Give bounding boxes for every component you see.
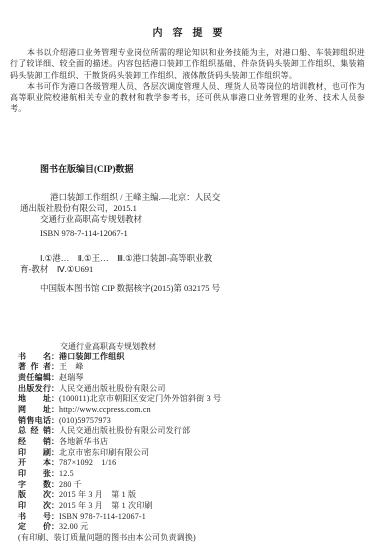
field-label: 定价 [18,522,51,533]
field-colon: ： [51,448,59,457]
field-value: 32.00 元 [59,522,88,531]
field-label: 总经销 [18,426,51,437]
cip-classification-line-2: 育-教材 Ⅳ.①U691 [20,264,315,275]
cip-entry-line-1: 港口装卸工作组织 / 王峰主编.—北京：人民交 [20,192,315,203]
field-label: 版次 [18,490,51,501]
cip-heading: 图书在版编目(CIP)数据 [20,164,315,175]
publication-row-impression: 印次：2015 年 3 月 第 1 次印刷 [18,501,365,512]
content-summary-title: 内 容 提 要 [0,27,375,40]
field-colon: ： [51,512,59,521]
publication-note: (有印刷、装订质量问题的图书由本公司负责调换) [18,533,365,544]
field-label: 字数 [18,480,51,491]
field-value: 赵瑞琴 [59,373,84,382]
publication-row-website: 网址：http://www.ccpress.com.cn [18,405,365,416]
publication-row-book-number: 书号：ISBN 978-7-114-12067-1 [18,512,365,523]
field-colon: ： [51,458,59,467]
publication-row-edition: 版次：2015 年 3 月 第 1 版 [18,490,365,501]
field-colon: ： [51,394,59,403]
publication-series-title: 交通行业高职高专规划教材 [60,341,365,352]
cip-classification: Ⅰ.①港… Ⅱ.①王… Ⅲ.①港口装卸-高等职业教 育-教材 Ⅳ.①U691 [20,253,315,275]
field-value: 人民交通出版社股份有限公司 [59,384,166,393]
publication-row-title: 书名：港口装卸工作组织 [18,352,365,363]
summary-paragraph-2: 本书可作为港口各级管理人员、各层次调度管理人员、理货人员等岗位的培训教材，也可作… [10,81,365,115]
field-value: 2015 年 3 月 第 1 次印刷 [59,501,153,510]
field-value: 人民交通出版社股份有限公司发行部 [59,426,190,435]
field-value: ISBN 978-7-114-12067-1 [59,512,146,521]
publication-row-word-count: 字数：280 千 [18,480,365,491]
field-label: 书号 [18,512,51,523]
field-colon: ： [51,480,59,489]
cip-entry-line-2: 通出版社股份有限公司，2015.1 [20,203,315,214]
field-label: 印刷 [18,448,51,459]
summary-paragraph-1: 本书以介绍港口业务管理专业岗位所需的理论知识和业务技能为主，对港口船、车装卸组织… [10,47,365,81]
field-colon: ： [51,405,59,414]
field-label: 销售电话 [18,416,51,427]
publication-row-author: 著作者：王 峰 [18,362,365,373]
field-value: (010)59757973 [59,416,111,425]
field-label: 印张 [18,469,51,480]
field-colon: ： [51,501,59,510]
field-colon: ： [51,416,59,425]
field-label: 书名 [18,352,51,363]
cip-entry: 港口装卸工作组织 / 王峰主编.—北京：人民交 通出版社股份有限公司，2015.… [20,192,315,239]
field-colon: ： [51,469,59,478]
field-value: 280 千 [59,480,82,489]
field-label: 地址 [18,394,51,405]
publication-row-price: 定价：32.00 元 [18,522,365,533]
cip-section: 图书在版编目(CIP)数据 港口装卸工作组织 / 王峰主编.—北京：人民交 通出… [20,164,315,294]
cip-record-line: 中国版本图书馆 CIP 数据核字(2015)第 032175 号 [20,283,315,294]
field-value: 王 峰 [59,362,84,371]
publication-row-sheets: 印张：12.5 [18,469,365,480]
book-copyright-page: 内 容 提 要 本书以介绍港口业务管理专业岗位所需的理论知识和业务技能为主，对港… [0,0,375,545]
field-value: http://www.ccpress.com.cn [59,405,151,414]
publication-row-address: 地址：(100011)北京市朝阳区安定门外外馆斜街 3 号 [18,394,365,405]
publication-row-printer: 印刷：北京市密东印刷有限公司 [18,448,365,459]
field-value: (100011)北京市朝阳区安定门外外馆斜街 3 号 [59,394,221,403]
field-colon: ： [51,373,59,382]
field-value: 2015 年 3 月 第 1 版 [59,490,136,499]
field-value: 港口装卸工作组织 [59,352,125,361]
field-value: 787×1092 1/16 [59,458,116,467]
field-colon: ： [51,426,59,435]
field-value: 各地新华书店 [59,437,108,446]
publication-row-publisher: 出版发行：人民交通出版社股份有限公司 [18,384,365,395]
field-value: 12.5 [59,469,74,478]
publication-row-distributor: 经销：各地新华书店 [18,437,365,448]
cip-isbn-line: ISBN 978-7-114-12067-1 [20,228,315,239]
publication-row-format: 开本：787×1092 1/16 [18,458,365,469]
publication-row-editor: 责任编辑：赵瑞琴 [18,373,365,384]
field-label: 经销 [18,437,51,448]
field-colon: ： [51,362,59,371]
field-label: 网址 [18,405,51,416]
publication-section: 交通行业高职高专规划教材 书名：港口装卸工作组织 著作者：王 峰 责任编辑：赵瑞… [18,341,365,544]
publication-row-sales-phone: 销售电话：(010)59757973 [18,416,365,427]
field-colon: ： [51,384,59,393]
field-label: 开本 [18,458,51,469]
field-colon: ： [51,352,59,361]
publication-row-general-distributor: 总经销：人民交通出版社股份有限公司发行部 [18,426,365,437]
field-value: 北京市密东印刷有限公司 [59,448,149,457]
field-colon: ： [51,522,59,531]
cip-series-line: 交通行业高职高专规划教材 [20,214,315,225]
cip-classification-line-1: Ⅰ.①港… Ⅱ.①王… Ⅲ.①港口装卸-高等职业教 [20,253,315,264]
field-label: 责任编辑 [18,373,51,384]
field-label: 出版发行 [18,384,51,395]
field-colon: ： [51,437,59,446]
field-colon: ： [51,490,59,499]
field-label: 印次 [18,501,51,512]
content-summary-section: 内 容 提 要 本书以介绍港口业务管理专业岗位所需的理论知识和业务技能为主，对港… [0,0,375,115]
field-label: 著作者 [18,362,51,373]
